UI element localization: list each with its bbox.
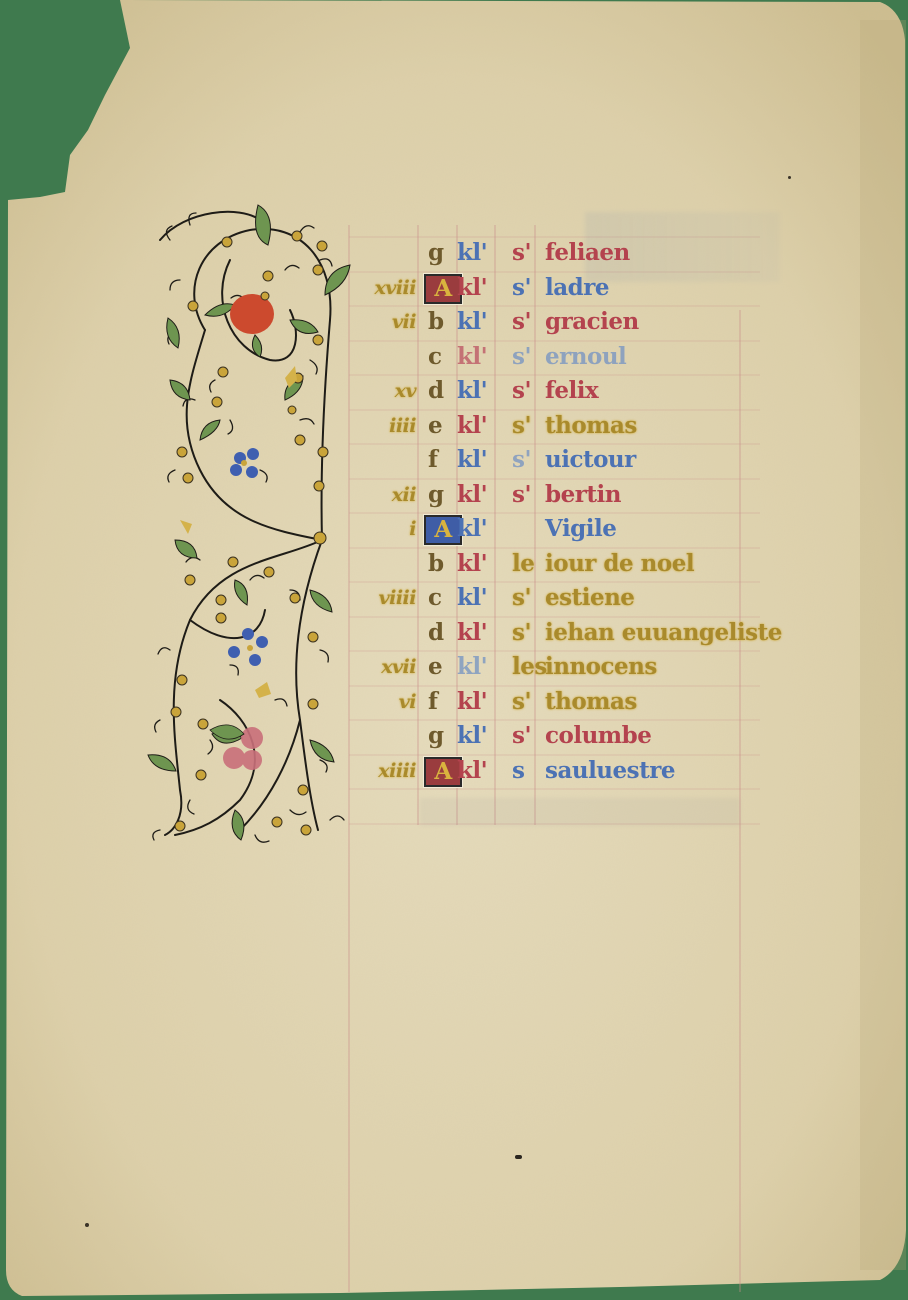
- calendar-row: xvii e kl' les innocens: [340, 651, 760, 686]
- kalends-abbrev: kl': [457, 550, 487, 578]
- saint-abbrev: s': [512, 584, 531, 612]
- calendar-row: xv d kl' s' felix: [340, 375, 760, 410]
- saint-abbrev: s: [512, 757, 524, 785]
- kalends-abbrev: kl': [457, 757, 487, 785]
- calendar-row: viiii c kl' s' estiene: [340, 582, 760, 617]
- dominical-letter: b: [428, 550, 444, 578]
- calendar-row: c kl' s' ernoul: [340, 341, 760, 376]
- dominical-letter: e: [428, 653, 442, 681]
- dominical-letter: g: [428, 239, 444, 267]
- kalends-abbrev: kl': [457, 515, 487, 543]
- blue-flower-lower-icon: [228, 628, 268, 666]
- saint-abbrev: s': [512, 688, 531, 716]
- blue-flower-upper-icon: [230, 448, 259, 478]
- kalends-abbrev: kl': [457, 274, 487, 302]
- saint-abbrev: s': [512, 722, 531, 750]
- red-strawberry-flower-icon: [230, 294, 274, 334]
- kalends-abbrev: kl': [457, 688, 487, 716]
- dominical-letter: d: [428, 619, 444, 647]
- saint-abbrev: les: [512, 653, 547, 681]
- feast-name: iour de noel: [545, 550, 694, 578]
- golden-number: xiiii: [378, 757, 416, 785]
- kalends-abbrev: kl': [457, 481, 487, 509]
- dominical-letter: d: [428, 377, 444, 405]
- ink-speck: [515, 1155, 522, 1159]
- saint-abbrev: s': [512, 274, 531, 302]
- calendar-row: vii b kl' s' gracien: [340, 306, 760, 341]
- calendar-row: xii g kl' s' bertin: [340, 479, 760, 514]
- feast-name: iehan euuangeliste: [545, 619, 782, 647]
- ink-speck: [788, 176, 791, 179]
- golden-number: iiii: [389, 412, 416, 440]
- golden-number: vi: [399, 688, 416, 716]
- golden-number: i: [409, 515, 416, 543]
- saint-abbrev: s': [512, 377, 531, 405]
- feast-name: uictour: [545, 446, 636, 474]
- feast-name: innocens: [545, 653, 657, 681]
- feast-name: sauluestre: [545, 757, 675, 785]
- ink-speck: [85, 1223, 89, 1227]
- golden-number: xviii: [374, 274, 416, 302]
- calendar-row: d kl' s' iehan euuangeliste: [340, 617, 760, 652]
- calendar-row: xiiii A kl' s sauluestre: [340, 755, 760, 790]
- saint-abbrev: s': [512, 239, 531, 267]
- calendar-row: f kl' s' uictour: [340, 444, 760, 479]
- feast-name: bertin: [545, 481, 621, 509]
- feast-name: thomas: [545, 688, 637, 716]
- saint-abbrev: le: [512, 550, 534, 578]
- saint-abbrev: s': [512, 308, 531, 336]
- golden-number: viiii: [379, 584, 416, 612]
- saint-abbrev: s': [512, 412, 531, 440]
- golden-number: xv: [395, 377, 416, 405]
- calendar-row: g kl' s' feliaen: [340, 237, 760, 272]
- feast-name: ladre: [545, 274, 609, 302]
- dominical-letter: g: [428, 722, 444, 750]
- feast-name: feliaen: [545, 239, 630, 267]
- kalends-abbrev: kl': [457, 377, 487, 405]
- dominical-letter: g: [428, 481, 444, 509]
- kalends-abbrev: kl': [457, 308, 487, 336]
- feast-name: columbe: [545, 722, 651, 750]
- dominical-letter: b: [428, 308, 444, 336]
- kalends-abbrev: kl': [457, 722, 487, 750]
- calendar-row: vi f kl' s' thomas: [340, 686, 760, 721]
- dominical-letter: f: [428, 688, 437, 716]
- feast-name: thomas: [545, 412, 637, 440]
- saint-abbrev: s': [512, 446, 531, 474]
- kalends-abbrev: kl': [457, 446, 487, 474]
- golden-number: xii: [392, 481, 416, 509]
- kalends-abbrev: kl': [457, 239, 487, 267]
- feast-name: ernoul: [545, 343, 626, 371]
- dominical-letter: f: [428, 446, 437, 474]
- calendar-row: g kl' s' columbe: [340, 720, 760, 755]
- calendar-row: xviii A kl' s' ladre: [340, 272, 760, 307]
- calendar-row: b kl' le iour de noel: [340, 548, 760, 583]
- feast-name: estiene: [545, 584, 634, 612]
- kalends-abbrev: kl': [457, 343, 487, 371]
- dominical-letter: c: [428, 343, 442, 371]
- saint-abbrev: s': [512, 343, 531, 371]
- manuscript-leaf: g kl' s' feliaen xviii A kl' s' ladre vi…: [0, 0, 908, 1300]
- saint-abbrev: s': [512, 619, 531, 647]
- kalends-abbrev: kl': [457, 584, 487, 612]
- dominical-letter: c: [428, 584, 442, 612]
- calendar-row: i A kl' Vigile: [340, 513, 760, 548]
- saint-abbrev: s': [512, 481, 531, 509]
- golden-number: xvii: [381, 653, 416, 681]
- feast-name: gracien: [545, 308, 639, 336]
- feast-name: felix: [545, 377, 598, 405]
- feast-name: Vigile: [545, 515, 616, 543]
- calendar-table: g kl' s' feliaen xviii A kl' s' ladre vi…: [340, 237, 760, 789]
- calendar-row: iiii e kl' s' thomas: [340, 410, 760, 445]
- golden-number: vii: [392, 308, 416, 336]
- dominical-letter: e: [428, 412, 442, 440]
- kalends-abbrev: kl': [457, 619, 487, 647]
- kalends-abbrev: kl': [457, 653, 487, 681]
- kalends-abbrev: kl': [457, 412, 487, 440]
